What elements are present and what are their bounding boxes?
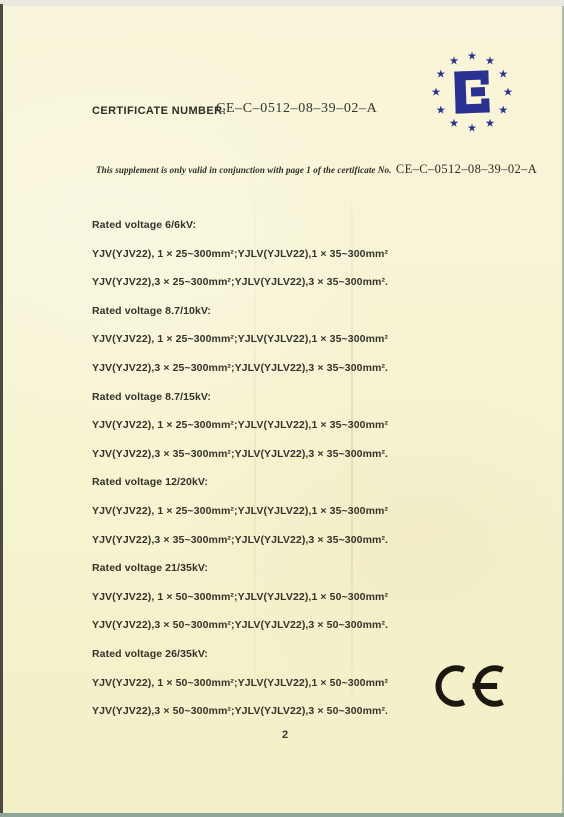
cable-spec-line: YJV(YJV22), 1 × 25~300mm²;YJLV(YJLV22),1… [92, 248, 512, 277]
scan-edge-left [0, 4, 3, 817]
section-title: Rated voltage 6/6kV: [92, 219, 512, 248]
supplement-note-number: CE–C–0512–08–39–02–A [396, 162, 537, 176]
cable-spec-line: YJV(YJV22),3 × 50~300mm²;YJLV(YJLV22),3 … [92, 619, 512, 648]
ce-mark-icon [431, 663, 509, 709]
section-title: Rated voltage 8.7/10kV: [92, 305, 512, 334]
supplement-note: This supplement is only valid in conjunc… [96, 160, 548, 178]
eu-stars-e-emblem-icon [420, 40, 524, 144]
section-title: Rated voltage 8.7/15kV: [92, 391, 512, 420]
certificate-number-value: CE–C–0512–08–39–02–A [216, 101, 377, 117]
cable-spec-line: YJV(YJV22),3 × 35~300mm²;YJLV(YJLV22),3 … [92, 534, 512, 563]
cable-spec-line: YJV(YJV22),3 × 25~300mm²;YJLV(YJLV22),3 … [92, 276, 512, 305]
cable-spec-line: YJV(YJV22), 1 × 25~300mm²;YJLV(YJLV22),1… [92, 333, 512, 362]
cable-spec-line: YJV(YJV22), 1 × 25~300mm²;YJLV(YJLV22),1… [92, 419, 512, 448]
scan-edge-bottom [0, 813, 564, 817]
certificate-number-label: CERTIFICATE NUMBER: [92, 105, 227, 117]
supplement-note-text: This supplement is only valid in conjunc… [96, 165, 391, 175]
cable-spec-line: YJV(YJV22), 1 × 50~300mm²;YJLV(YJLV22),1… [92, 591, 512, 620]
section-title: Rated voltage 21/35kV: [92, 562, 512, 591]
certificate-page: { "header": { "certificate_number_label"… [0, 0, 564, 817]
cable-spec-line: YJV(YJV22),3 × 25~300mm²;YJLV(YJLV22),3 … [92, 362, 512, 391]
scan-edge-top [0, 0, 564, 6]
cable-spec-line: YJV(YJV22), 1 × 25~300mm²;YJLV(YJLV22),1… [92, 505, 512, 534]
cable-spec-line: YJV(YJV22),3 × 35~300mm²;YJLV(YJLV22),3 … [92, 448, 512, 477]
page-number: 2 [255, 729, 315, 741]
ratings-list: Rated voltage 6/6kV: YJV(YJV22), 1 × 25~… [92, 219, 512, 734]
section-title: Rated voltage 12/20kV: [92, 476, 512, 505]
